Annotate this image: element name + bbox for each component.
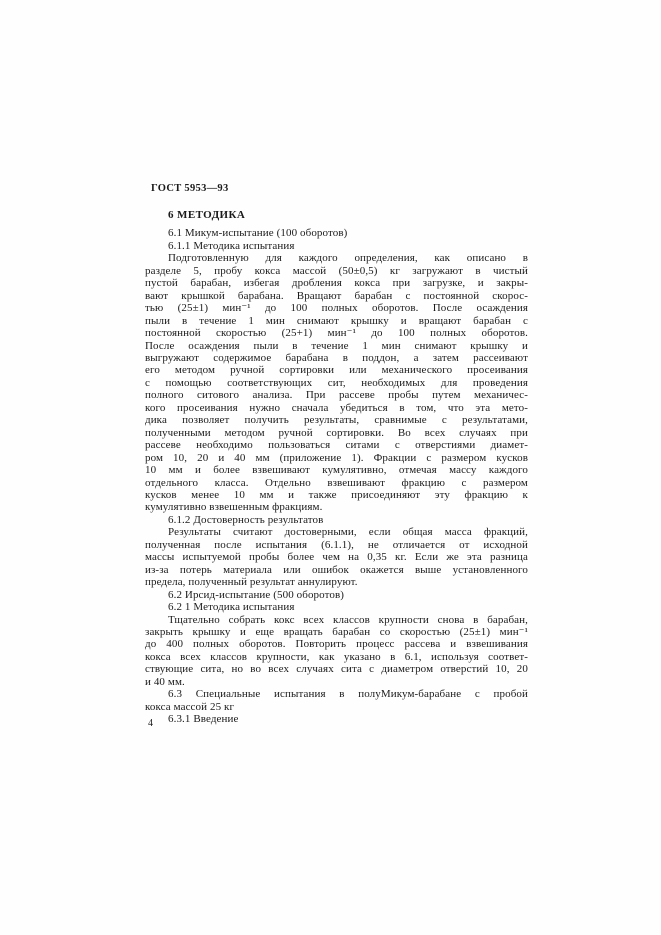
text-line: Тщательно собрать кокс всех классов круп…	[145, 614, 528, 626]
text-line: Результаты считают достоверными, если об…	[145, 526, 528, 538]
text-line: дика позволяет получить результаты, срав…	[145, 414, 528, 426]
subsection-heading-6-2: 6.2 Ирсид-испытание (500 оборотов)	[145, 589, 528, 601]
text-line: кусков менее 10 мм и также присоединяют …	[145, 489, 528, 501]
text-line: массы испытуемой пробы более чем на 0,35…	[145, 551, 528, 563]
text-line: выгружают содержимое барабана в поддон, …	[145, 352, 528, 364]
text-line: кокса массой 25 кг	[145, 701, 528, 713]
subsection-heading-6-3-1: 6.3.1 Введение	[145, 713, 528, 725]
text-line: полного ситового анализа. При рассеве пр…	[145, 389, 528, 401]
text-line: предела, полученный результат аннулируют…	[145, 576, 528, 588]
text-line: кокса всех классов крупности, как указан…	[145, 651, 528, 663]
text-line: тью (25±1) мин⁻¹ до 100 полных оборотов.…	[145, 302, 528, 314]
text-line: вают крышкой барабана. Вращают барабан с…	[145, 290, 528, 302]
text-line: ром 10, 20 и 40 мм (приложение 1). Фракц…	[145, 452, 528, 464]
paragraph-6-2-1: Тщательно собрать кокс всех классов круп…	[145, 614, 528, 689]
standard-number-header: ГОСТ 5953—93	[151, 183, 229, 194]
text-line: рассеве необходимо пользоваться ситами с…	[145, 439, 528, 451]
subsection-heading-6-3: 6.3 Специальные испытания в полуМикум-ба…	[145, 688, 528, 713]
text-line: полученными методом ручной сортировки. В…	[145, 427, 528, 439]
text-line: После осаждения пыли в течение 1 мин сни…	[145, 340, 528, 352]
text-line: ствующие сита, но во всех случаях сита с…	[145, 663, 528, 675]
paragraph-6-1-1: Подготовленную для каждого определения, …	[145, 252, 528, 514]
subsection-heading-6-1: 6.1 Микум-испытание (100 оборотов)	[145, 227, 528, 239]
subsection-heading-6-1-1: 6.1.1 Методика испытания	[145, 240, 528, 252]
section-heading-6-metodika: 6 МЕТОДИКА	[145, 209, 528, 221]
text-line: 6.3 Специальные испытания в полуМикум-ба…	[145, 688, 528, 700]
subsection-heading-6-2-1: 6.2 1 Методика испытания	[145, 601, 528, 613]
text-line: разделе 5, пробу кокса массой (50±0,5) к…	[145, 265, 528, 277]
text-line: отдельного класса. Отдельно взвешивают ф…	[145, 477, 528, 489]
text-line: до 400 полных оборотов. Повторить процес…	[145, 638, 528, 650]
text-line: пыли в течение 1 мин снимают крышку и вр…	[145, 315, 528, 327]
text-line: полученная после испытания (6.1.1), не о…	[145, 539, 528, 551]
text-line: с помощью соответствующих сит, необходим…	[145, 377, 528, 389]
subsection-heading-6-1-2: 6.1.2 Достоверность результатов	[145, 514, 528, 526]
text-line: Подготовленную для каждого определения, …	[145, 252, 528, 264]
paragraph-6-1-2: Результаты считают достоверными, если об…	[145, 526, 528, 588]
document-body: 6 МЕТОДИКА 6.1 Микум-испытание (100 обор…	[145, 209, 528, 726]
text-line: постоянной скоростью (25+1) мин⁻¹ до 100…	[145, 327, 528, 339]
document-page: ГОСТ 5953—93 6 МЕТОДИКА 6.1 Микум-испыта…	[0, 0, 661, 935]
text-line: 10 мм и более взвешивают кумулятивно, от…	[145, 464, 528, 476]
text-line: кого просеивания нужно сначала убедиться…	[145, 402, 528, 414]
text-line: кумулятивно взвешенным фракциям.	[145, 501, 528, 513]
text-line: и 40 мм.	[145, 676, 528, 688]
text-line: из-за потерь материала или ошибок окажет…	[145, 564, 528, 576]
text-line: пустой барабан, избегая дробления кокса …	[145, 277, 528, 289]
text-line: закрыть крышку и еще вращать барабан со …	[145, 626, 528, 638]
text-line: его методом ручной сортировки или механи…	[145, 364, 528, 376]
page-number: 4	[148, 718, 153, 729]
